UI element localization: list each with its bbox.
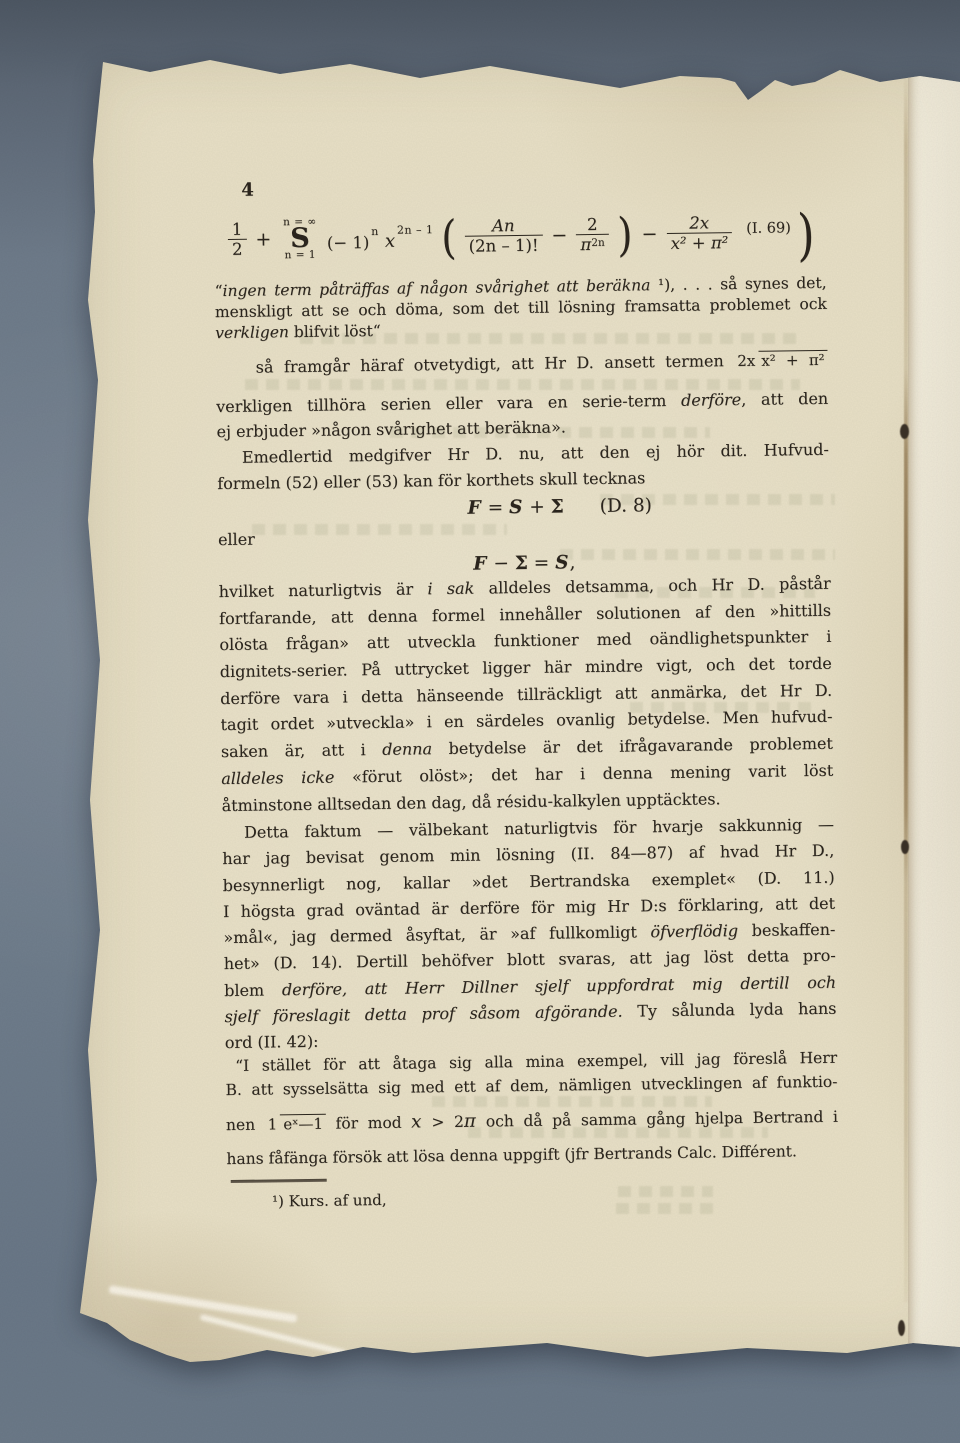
text-segment: , — [569, 552, 575, 573]
text-segment: för mod — [326, 1114, 411, 1133]
text-segment: blem — [224, 980, 282, 1000]
text-segment: derföre — [681, 390, 741, 410]
fraction-denominator: x² + π² — [758, 350, 828, 370]
block-closing-quote: “I stället för att åtaga sig alla mina e… — [225, 1047, 839, 1172]
text-segment: “ — [214, 282, 222, 300]
inline-fraction: 2xx² + π² — [734, 350, 828, 370]
plus-sign: + — [255, 228, 271, 250]
text-segment: (D. 8) — [600, 495, 652, 517]
text-segment: F — [473, 553, 487, 574]
big-close-paren: ) — [617, 216, 633, 253]
text-segment: S — [509, 497, 524, 518]
big-open-paren: ( — [441, 218, 457, 255]
block-paragraph-detta-faktum: Detta faktum — välbekant naturligtvis fö… — [222, 812, 837, 1057]
block-footnote: ¹) Kurs. af und, — [227, 1182, 839, 1214]
fraction-numerator: 2x — [734, 352, 758, 370]
text-segment: F — [467, 498, 481, 519]
text-segment: nen — [226, 1116, 265, 1135]
text-segment: och då på samma gång hjelpa Bertrand i — [476, 1108, 838, 1131]
text-line: nen 1eˣ—1 för mod x > 2π och då på samma… — [226, 1094, 839, 1148]
text-segment: formeln (52) eller (53) kan för korthets… — [217, 468, 645, 493]
equation-label: (I. 69) — [746, 220, 791, 237]
text-segment: i sak — [427, 579, 474, 599]
block-paragraph-hvilket: hvilket naturligtvis är i sak alldeles d… — [219, 571, 834, 819]
text-segment: tagit ordet »utveckla» i en särdeles ova… — [220, 707, 832, 734]
text-segment: + — [523, 497, 551, 518]
text-segment: hvilket naturligtvis är — [219, 579, 428, 601]
big-final-paren: ) — [797, 215, 815, 257]
text-segment: besynnerligt nog, kallar »det Bertrandsk… — [223, 867, 835, 894]
equation-I-69: 1 2 + n = ∞ S n = 1 (− 1)n x2n – 1 ( An … — [223, 200, 817, 272]
text-segment: Σ — [515, 553, 528, 574]
fraction-one-half: 1 2 — [228, 220, 247, 259]
text-segment: Emedlertid medgifver Hr D. nu, att den e… — [242, 440, 829, 467]
text-segment: het» (D. 14). Dertill behöfver blott sva… — [224, 946, 836, 973]
fraction-pi: 2 π2n — [576, 215, 609, 254]
text-segment: beskaffen- — [738, 920, 836, 940]
text-segment: I högsta grad oväntad är derföre för mig… — [223, 894, 835, 921]
text-segment: fortfarande, att denna formel innehåller… — [219, 600, 831, 627]
text-segment: ¹), . . . så synes det, — [650, 274, 826, 294]
torn-edge-fibers — [200, 1314, 347, 1356]
text-segment: alldeles detsamma, och Hr D. påstår — [474, 574, 831, 598]
text-segment: ord (II. 42): — [225, 1032, 319, 1052]
text-segment: blifvit löst“ — [289, 322, 381, 341]
text-column: 4 1 2 + n = ∞ S n = 1 (− 1)n x2n – 1 ( A… — [213, 166, 840, 1264]
text-segment: derföre vara i detta hänseende tillräckl… — [220, 681, 832, 708]
crease-tear-mark — [900, 424, 909, 439]
paper-crease — [904, 72, 908, 1302]
text-segment: π — [464, 1111, 477, 1132]
minus-sign: − — [641, 223, 657, 245]
next-page-edge — [908, 52, 960, 1362]
block-opening-quote: “ingen term påträffas af någon svårighet… — [214, 273, 827, 344]
text-segment: Ty sålunda lyda hans — [623, 999, 837, 1021]
footnote-rule — [231, 1179, 327, 1183]
text-line: så framgår häraf otvetydigt, att Hr D. a… — [215, 334, 828, 394]
text-segment: derföre, att Herr Dillner sjelf uppfordr… — [282, 973, 836, 1000]
text-segment: , att den — [741, 389, 828, 409]
text-segment: »mål«, jag dermed åsyftat, är »af fullko… — [223, 922, 650, 947]
text-segment: ej erbjuder »någon svårighet att beräkna… — [216, 417, 566, 441]
text-segment: ¹) Kurs. af und, — [272, 1191, 387, 1211]
text-line: ¹) Kurs. af und, — [227, 1182, 839, 1214]
text-segment: saken är, att i — [221, 740, 383, 761]
crease-tear-mark — [898, 1320, 905, 1336]
text-segment: eller — [218, 530, 255, 549]
text-segment: betydelse är det ifrågavarande problemet — [432, 734, 833, 758]
text-segment: så framgår häraf otvetydigt, att Hr D. a… — [256, 351, 735, 377]
fraction-numerator: 1 — [265, 1116, 281, 1134]
text-segment: sjelf föreslagit detta prof såsom afgöra… — [224, 1002, 622, 1026]
fraction-2x: 2x x² + π² — [666, 214, 732, 254]
crease-tear-mark — [901, 840, 909, 854]
inline-fraction: 1eˣ—1 — [265, 1114, 327, 1134]
text-segment: x — [411, 1111, 422, 1132]
text-segment: verkligen — [215, 323, 289, 342]
text-segment: denna — [382, 739, 432, 759]
term-minus-one: (− 1)n — [327, 224, 379, 252]
fraction-an: An (2n – 1)! — [464, 216, 542, 256]
text-segment: > 2 — [422, 1113, 464, 1132]
page-number: 4 — [241, 180, 254, 201]
text-segment: åtminstone alltsedan den dag, då résidu-… — [221, 789, 720, 815]
text-segment: «förut olöst»; det har i denna mening va… — [334, 761, 833, 787]
text-segment: − — [487, 553, 515, 574]
text-segment: Detta faktum — välbekant naturligtvis fö… — [244, 815, 834, 842]
text-segment: öfverflödig — [650, 921, 738, 941]
text-segment: verkligen tillhöra serien eller vara en … — [216, 391, 681, 416]
block-paragraph-formeln: Emedlertid medgifver Hr D. nu, att den e… — [217, 437, 831, 583]
fraction-denominator: eˣ—1 — [280, 1114, 326, 1134]
text-segment: = — [528, 553, 556, 574]
block-paragraph-termen: så framgår häraf otvetydigt, att Hr D. a… — [215, 334, 828, 444]
text-segment: = — [482, 497, 510, 518]
text-segment: hans fåfänga försök att lösa denna uppgi… — [226, 1142, 797, 1168]
text-segment: Σ — [550, 496, 563, 517]
summation-symbol: n = ∞ S n = 1 — [283, 217, 317, 261]
term-x-power: x2n – 1 — [385, 223, 434, 252]
text-segment: olösta frågan» att utveckla funktioner m… — [219, 627, 831, 654]
text-segment: dignitets-serier. På uttrycket ligger hä… — [220, 654, 832, 681]
text-segment: alldeles icke — [221, 767, 334, 788]
text-segment: har jag bevisat genom min lösning (II. 8… — [222, 841, 834, 868]
minus-sign: − — [551, 224, 567, 246]
text-segment: S — [555, 552, 570, 573]
